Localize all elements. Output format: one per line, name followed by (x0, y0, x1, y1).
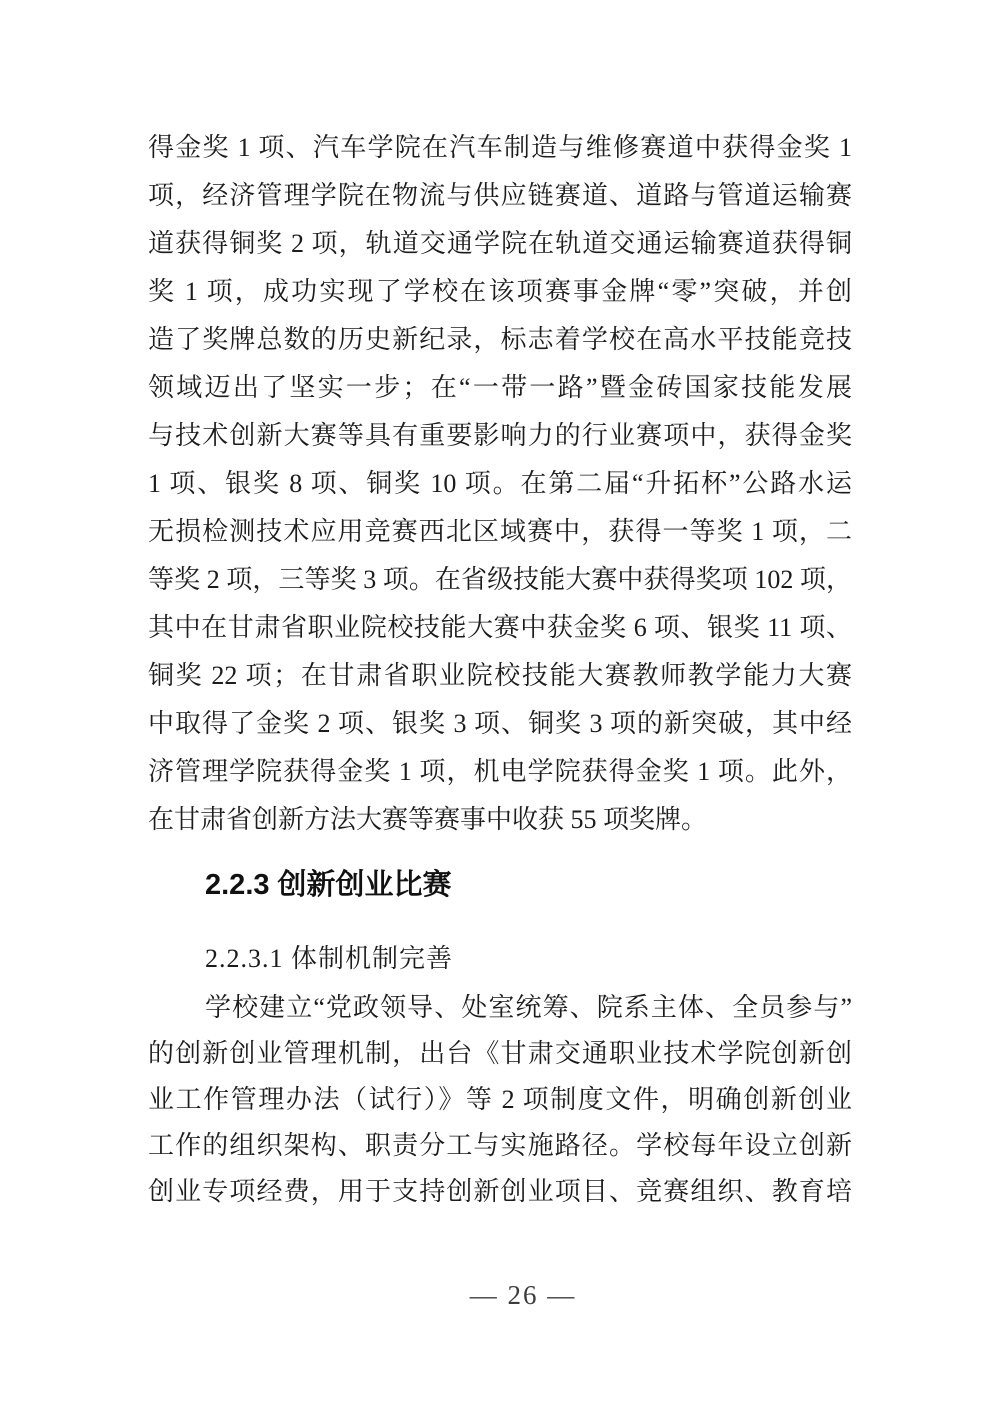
text-line: 学校建立“党政领导、处室统筹、院系主体、全员参与” (148, 985, 852, 1031)
paragraph-competition-awards: 得金奖 1 项、汽车学院在汽车制造与维修赛道中获得金奖 1 项，经济管理学院在物… (148, 124, 852, 844)
text-line: 与技术创新大赛等具有重要影响力的行业赛项中，获得金奖 (148, 412, 852, 460)
text-line: 等奖 2 项，三等奖 3 项。在省级技能大赛中获得奖项 102 项， (148, 556, 852, 604)
document-page: 得金奖 1 项、汽车学院在汽车制造与维修赛道中获得金奖 1 项，经济管理学院在物… (0, 0, 1000, 1415)
text-line: 其中在甘肃省职业院校技能大赛中获金奖 6 项、银奖 11 项、 (148, 604, 852, 652)
text-line: 道获得铜奖 2 项，轨道交通学院在轨道交通运输赛道获得铜 (148, 220, 852, 268)
text-line: 的创新创业管理机制，出台《甘肃交通职业技术学院创新创 (148, 1031, 852, 1077)
subsection-heading: 2.2.3.1 体制机制完善 (148, 935, 852, 983)
text-line: 济管理学院获得金奖 1 项，机电学院获得金奖 1 项。此外， (148, 748, 852, 796)
text-line: 在甘肃省创新方法大赛等赛事中收获 55 项奖牌。 (148, 796, 852, 844)
text-line: 铜奖 22 项；在甘肃省职业院校技能大赛教师教学能力大赛 (148, 652, 852, 700)
section-heading: 2.2.3 创新创业比赛 (148, 861, 852, 909)
text-line: 项，经济管理学院在物流与供应链赛道、道路与管道运输赛 (148, 172, 852, 220)
text-line: 得金奖 1 项、汽车学院在汽车制造与维修赛道中获得金奖 1 (148, 124, 852, 172)
text-line: 业工作管理办法（试行）》等 2 项制度文件，明确创新创业 (148, 1077, 852, 1123)
text-line: 造了奖牌总数的历史新纪录，标志着学校在高水平技能竞技 (148, 316, 852, 364)
paragraph-innovation-mechanism: 学校建立“党政领导、处室统筹、院系主体、全员参与” 的创新创业管理机制，出台《甘… (148, 985, 852, 1215)
text-line: 创业专项经费，用于支持创新创业项目、竞赛组织、教育培 (148, 1169, 852, 1215)
text-line: 领域迈出了坚实一步；在“一带一路”暨金砖国家技能发展 (148, 364, 852, 412)
text-line: 中取得了金奖 2 项、银奖 3 项、铜奖 3 项的新突破，其中经 (148, 700, 852, 748)
page-number: — 26 — (0, 1280, 1000, 1311)
text-line: 奖 1 项，成功实现了学校在该项赛事金牌“零”突破，并创 (148, 268, 852, 316)
text-line: 1 项、银奖 8 项、铜奖 10 项。在第二届“升拓杯”公路水运 (148, 460, 852, 508)
text-line: 工作的组织架构、职责分工与实施路径。学校每年设立创新 (148, 1123, 852, 1169)
text-line: 无损检测技术应用竞赛西北区域赛中，获得一等奖 1 项，二 (148, 508, 852, 556)
